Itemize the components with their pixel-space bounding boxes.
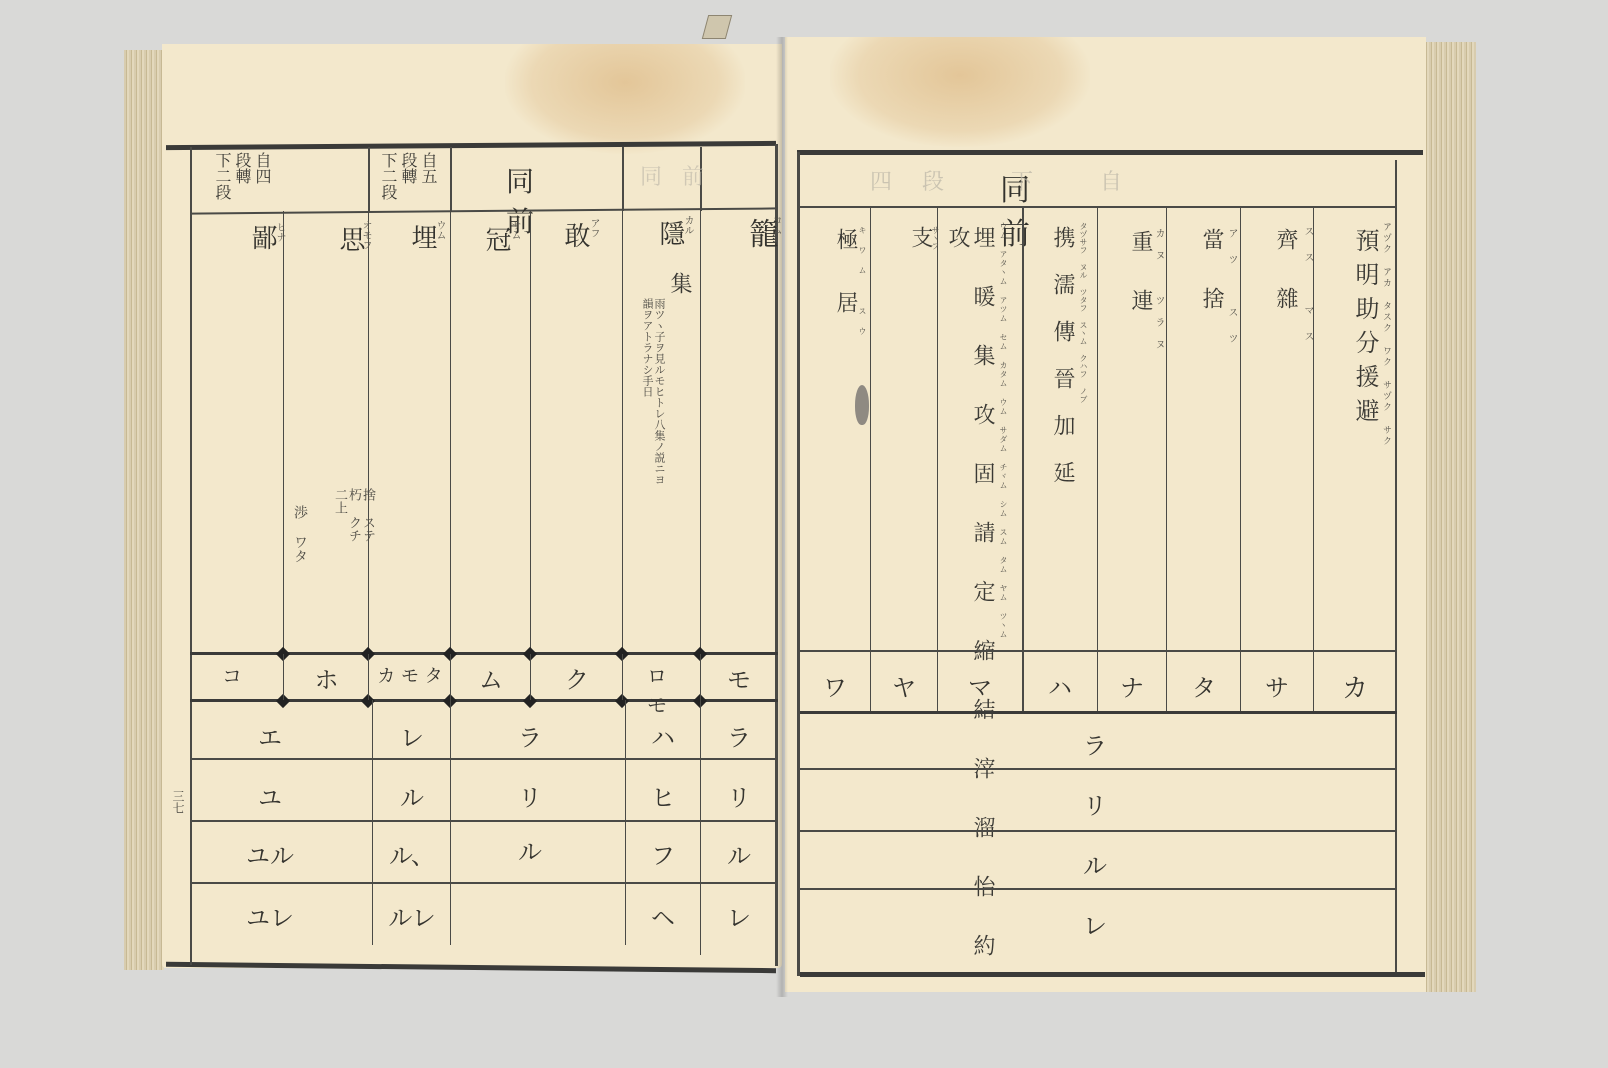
entry-ruby: ウム アタヽム アツム セム カタム ウム サダム チヾム シム スム タム ヤ… xyxy=(998,222,1009,639)
conj-cell: ラ xyxy=(500,718,560,753)
conj-cell: ヘ xyxy=(627,898,699,933)
band-divider xyxy=(622,654,623,700)
band-divider xyxy=(530,654,531,700)
lower-annotation: 渉 ワタ xyxy=(290,505,310,563)
row-line xyxy=(190,758,778,760)
header-ichidan-note: 自五 段轉 下二段 xyxy=(378,152,438,208)
row-label: ロ モ xyxy=(624,660,700,718)
divider xyxy=(368,147,370,211)
entry-ruby: コム xyxy=(768,215,783,235)
column-line xyxy=(372,700,373,945)
band-divider xyxy=(368,654,369,700)
entry-kanji: 携 濡 傳 晉 加 延 xyxy=(1050,226,1074,483)
right-frame-left xyxy=(797,152,800,976)
column-line xyxy=(622,211,623,651)
column-line xyxy=(450,211,451,651)
conj-cell: ルレ xyxy=(374,898,450,933)
note-annotation: 雨ツヽ子ヲ見ルモヒトレ八集ノ説ニヨ 韻ヲアトラナシ手日 xyxy=(635,298,665,498)
row-label: モ xyxy=(702,660,776,695)
right-frame-right xyxy=(1395,160,1397,972)
band-divider xyxy=(700,654,701,700)
entry-ruby: アフ xyxy=(586,218,601,238)
column-line xyxy=(283,211,284,651)
right-page-edge xyxy=(1424,42,1476,992)
column-line xyxy=(937,207,938,712)
label-band-bottom xyxy=(800,711,1397,714)
conj-cell: レ xyxy=(374,718,450,753)
row-label: カ モ タ xyxy=(370,662,450,688)
conj-cell: フ xyxy=(627,836,699,871)
ghost-bleedthrough: 同前 xyxy=(640,160,724,191)
ink-blot xyxy=(855,385,869,425)
conj-cell: ル、 xyxy=(374,836,450,871)
entry-ruby: スス マス xyxy=(1300,226,1315,357)
row-label: ハ xyxy=(1024,668,1096,703)
conj-cell: ヒ xyxy=(627,778,699,813)
entry-kanji: 埋 暖 集 攻 固 請 定 縮 結 滓 溜 怡 約 xyxy=(970,226,994,962)
column-line xyxy=(870,207,871,712)
water-stain xyxy=(505,44,745,154)
entry-ruby: タヅサフ ヌル ツタフ スヽム クハフ ノブ xyxy=(1078,222,1089,403)
row-line xyxy=(190,882,778,884)
divider xyxy=(450,147,452,211)
row-label: タ xyxy=(1168,668,1240,703)
lower-annotation: 捨 ステ 朽 クチ 二上 xyxy=(332,488,374,558)
column-line xyxy=(1022,207,1024,712)
header-label: 自五 段轉 下二段 xyxy=(379,152,438,200)
conj-cell: ル xyxy=(1060,846,1130,881)
row-label: ワ xyxy=(800,668,870,703)
column-line xyxy=(450,700,451,945)
row-label: マ xyxy=(939,668,1021,703)
column-line xyxy=(700,700,701,955)
conj-cell: ル xyxy=(702,836,776,871)
band-divider xyxy=(450,654,451,700)
row-label: カ xyxy=(1315,668,1395,705)
conj-cell: ラ xyxy=(702,718,776,753)
column-line xyxy=(625,700,626,945)
column-line xyxy=(1097,207,1098,712)
conj-cell: ユル xyxy=(240,836,300,871)
row-label: ク xyxy=(532,660,622,695)
label-band-top xyxy=(800,650,1397,652)
note-head: 集 xyxy=(664,272,695,294)
row-label: ナ xyxy=(1099,668,1165,703)
bookmark-tab xyxy=(702,15,732,39)
conj-cell: ハ xyxy=(627,718,699,753)
conj-cell: リ xyxy=(1060,786,1130,821)
entry-ruby: キワム スウ xyxy=(857,226,868,347)
row-line xyxy=(800,768,1397,770)
water-stain xyxy=(830,37,1090,147)
row-line xyxy=(800,888,1397,890)
folio-number: 三七 xyxy=(170,790,187,814)
entry-ruby: カヌ ツラヌ xyxy=(1151,228,1166,361)
column-line xyxy=(530,211,531,651)
conj-cell: ラ xyxy=(1060,726,1130,761)
entry-ruby: サヽフ xyxy=(930,226,941,250)
conj-cell: レ xyxy=(1060,906,1130,941)
ghost-bleedthrough: 四段 下 自 xyxy=(870,165,1152,196)
right-bottom-border xyxy=(800,972,1425,977)
conj-cell: ル xyxy=(500,832,560,867)
column-line xyxy=(700,211,701,651)
header-yodan-note: 自四 段轉 下二段 xyxy=(212,152,272,208)
row-label: ヤ xyxy=(872,668,936,703)
conj-cell: エ xyxy=(240,718,300,753)
entry-ruby: オモフ xyxy=(358,220,373,250)
entry-kanji: 預明助分援避 xyxy=(1352,228,1378,432)
column-line xyxy=(1240,207,1241,712)
entry-kanji: 當 捨 xyxy=(1196,228,1227,315)
row-label: ム xyxy=(452,660,530,695)
row-line xyxy=(190,820,778,822)
header-label: 自四 段轉 下二段 xyxy=(213,152,272,200)
conj-cell: ユレ xyxy=(240,898,300,933)
entry-ruby: アヅク アカ タスク ワク サヅク サク xyxy=(1380,222,1393,447)
row-label: コ xyxy=(192,660,312,689)
conj-cell: ル xyxy=(374,778,450,813)
entry-ruby: カル xyxy=(680,215,695,235)
conj-cell: ユ xyxy=(240,778,300,813)
entry-kanji: 齊 雜 xyxy=(1270,228,1301,315)
divider xyxy=(622,147,624,211)
row-line xyxy=(800,830,1397,832)
right-top-border xyxy=(797,150,1423,155)
conj-cell: リ xyxy=(702,778,776,813)
left-page-edge xyxy=(124,50,164,970)
entry-ruby: アツ スツ xyxy=(1224,228,1239,359)
left-frame-left xyxy=(190,147,192,965)
entry-kanji-attack: 攻 xyxy=(942,226,973,248)
column-line xyxy=(368,211,369,651)
conj-cell: レ xyxy=(702,898,776,933)
row-label: サ xyxy=(1242,668,1312,703)
entry-ruby: ウム xyxy=(432,220,447,240)
entry-ruby: サム xyxy=(507,220,522,240)
conj-cell: リ xyxy=(500,778,560,813)
entry-ruby: ヒナ xyxy=(272,222,287,242)
column-line xyxy=(1166,207,1167,712)
